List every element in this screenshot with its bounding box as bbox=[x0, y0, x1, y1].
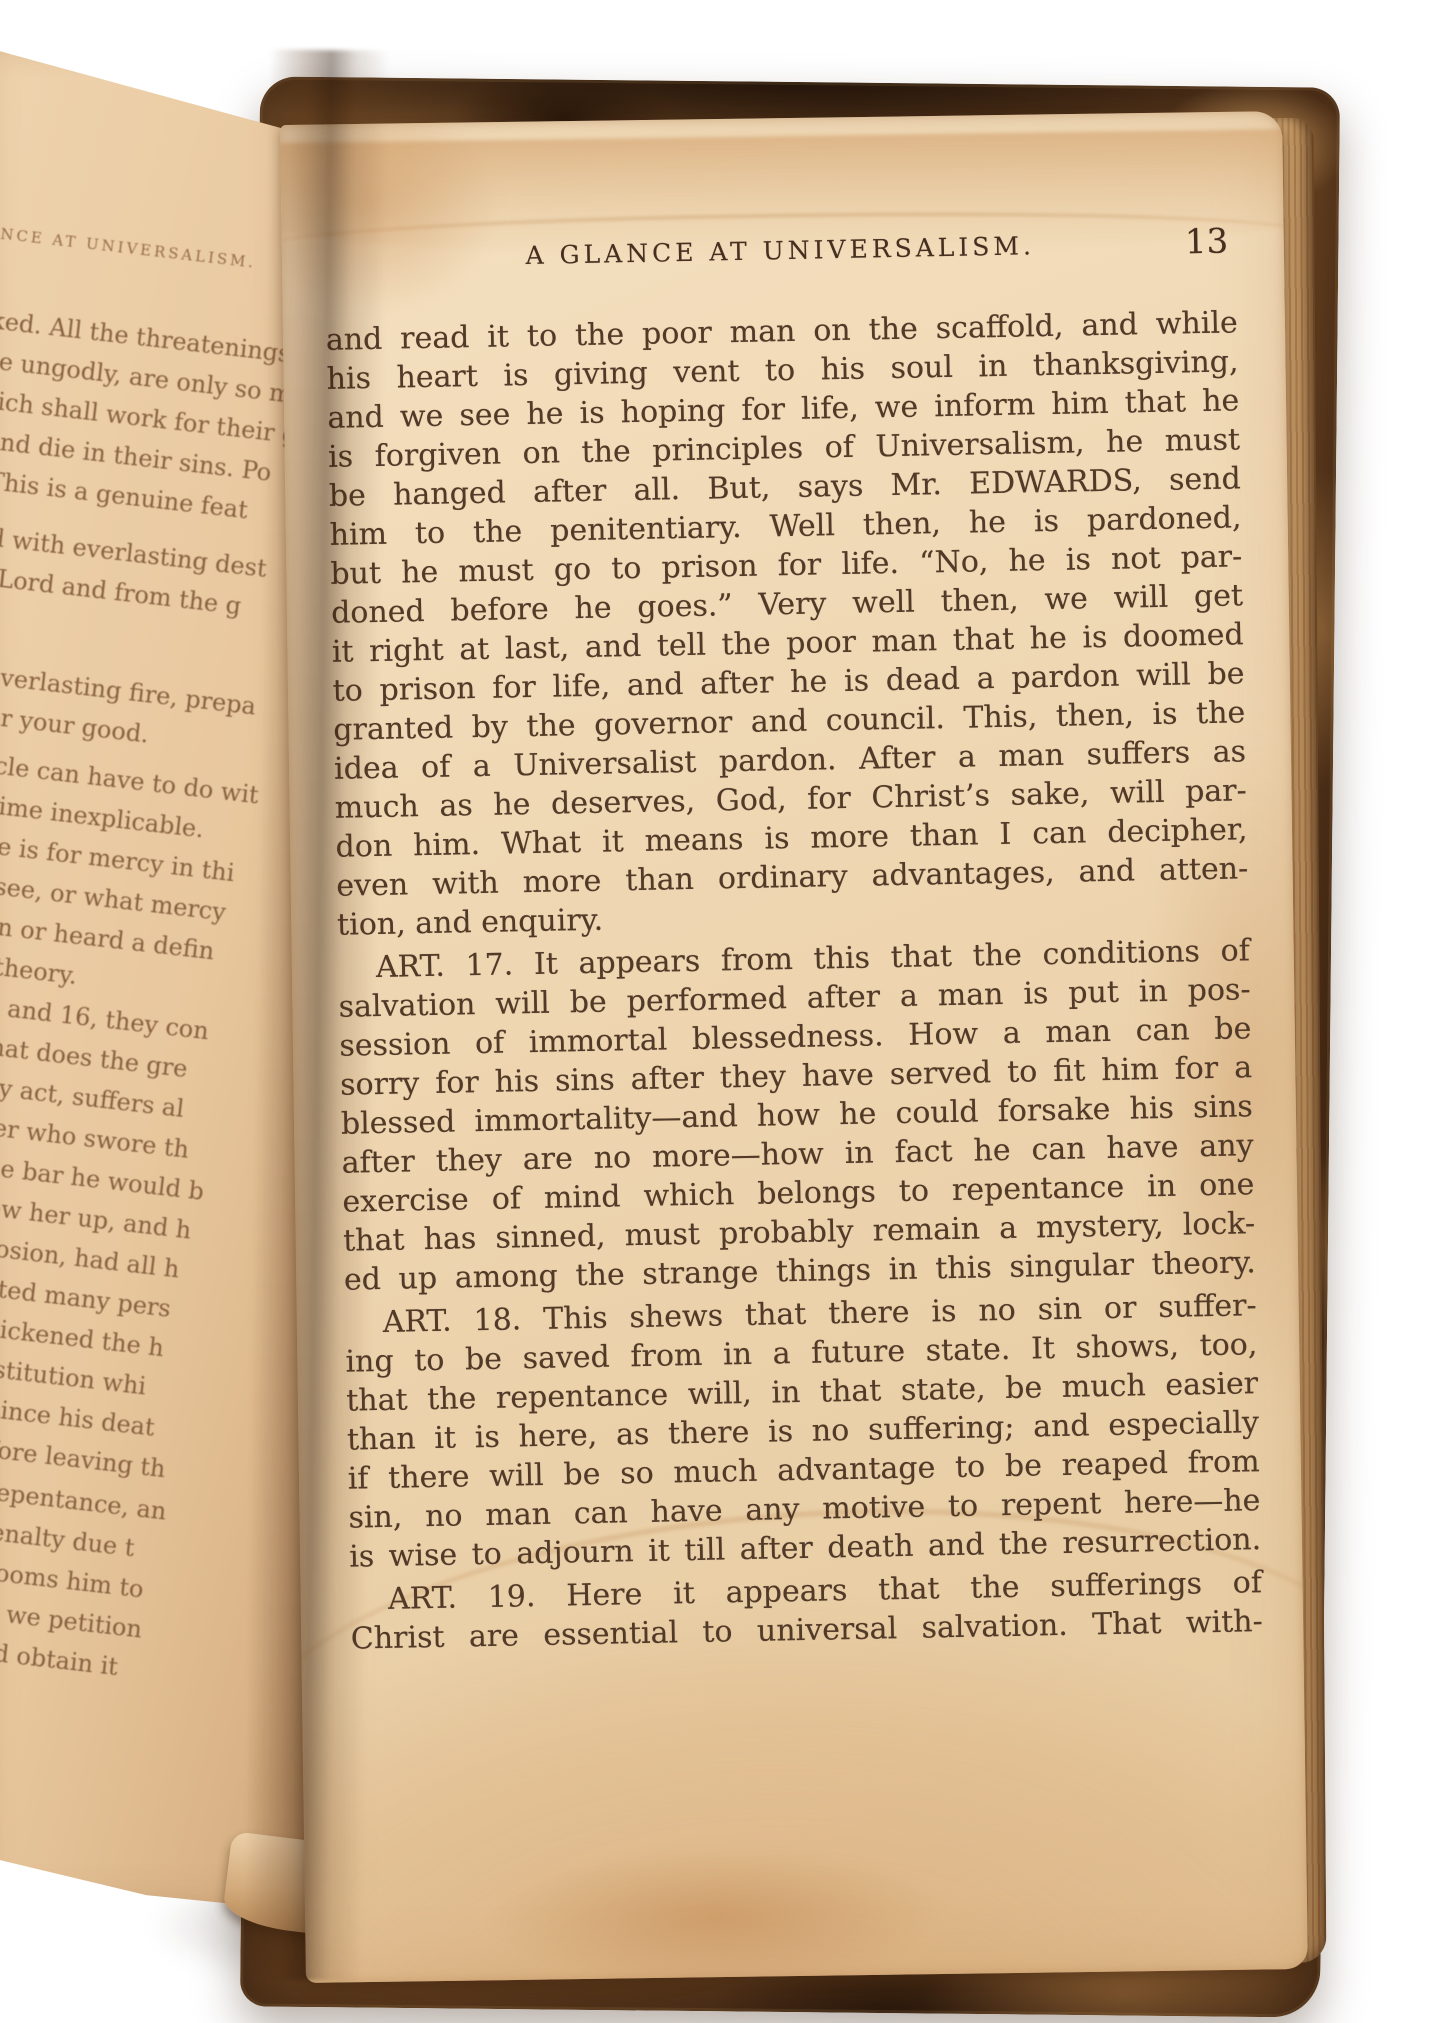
page-body: and read it to the poor man on the scaff… bbox=[326, 303, 1264, 1658]
page-number: 13 bbox=[1185, 222, 1229, 263]
book-photo: GLANCE AT UNIVERSALISM. wicked. All the … bbox=[0, 0, 1445, 2023]
paragraph-fragment: this article can have to do witin for a … bbox=[0, 735, 332, 1521]
right-page: A GLANCE AT UNIVERSALISM. 13 and read it… bbox=[280, 111, 1308, 1983]
paragraph: ART. 17. It appears from this that the c… bbox=[338, 931, 1257, 1299]
paper-stain bbox=[485, 1844, 948, 1983]
running-head: A GLANCE AT UNIVERSALISM. bbox=[324, 227, 1236, 274]
paragraph: ART. 19. Here it appears that the suffer… bbox=[350, 1563, 1263, 1658]
right-page-text: A GLANCE AT UNIVERSALISM. 13 and read it… bbox=[324, 227, 1263, 1658]
page-head-row: A GLANCE AT UNIVERSALISM. 13 bbox=[324, 227, 1237, 288]
left-page-lines: wicked. All the threateningsst the ungod… bbox=[0, 296, 332, 1721]
left-page-text: GLANCE AT UNIVERSALISM. wicked. All the … bbox=[0, 220, 332, 1721]
paragraph: ART. 18. This shews that there is no sin… bbox=[344, 1286, 1261, 1576]
paragraph: and read it to the poor man on the scaff… bbox=[326, 303, 1250, 944]
